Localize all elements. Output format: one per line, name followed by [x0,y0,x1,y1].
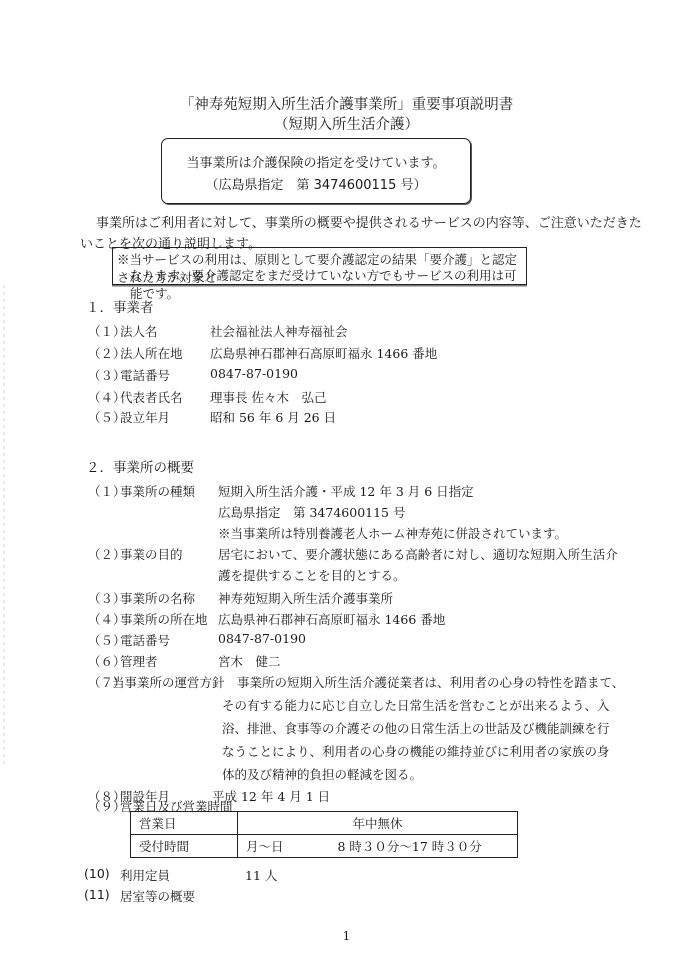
s2-item-11-num: (11) [84,887,110,902]
section-2-heading: ２．事業所の概要 [86,456,194,476]
hours-row-1-value: 年中無休 [238,812,518,835]
scan-artifact [3,285,5,765]
s2-item-7-line-1: 事業所の短期入所生活介護従業者は、利用者の心身の特性を踏まて、 [237,673,624,691]
s2-item-10-num: (10) [84,866,110,881]
s2-item-2-line-1: 居宅において、要介護状態にある高齢者に対し、適切な短期入所生活介 [218,545,618,563]
designation-line-2: （広島県指定 第 3474600115 号） [162,174,470,193]
hours-row-2-value: 8 時３０分～17 時３０分 [337,839,481,854]
hours-row-2-header: 受付時間 [131,835,238,858]
s2-item-2-line-2: 護を提供することを目的とする。 [218,566,406,584]
s2-item-4-label: 事業所の所在地 [120,610,208,628]
s1-item-3-value: 0847-87-0190 [210,366,298,381]
eligibility-note-box: ※当サービスの利用は、原則として要介護認定の結果「要介護」と認定された方が対象と… [112,247,527,285]
document-title: 「神寿苑短期入所生活介護事業所」重要事項説明書 [0,93,693,114]
business-hours-table: 営業日 年中無休 受付時間 月～日 8 時３０分～17 時３０分 [130,811,518,858]
hours-row-2-cell: 月～日 8 時３０分～17 時３０分 [238,835,518,858]
s1-item-1-label: 法人名 [120,322,158,340]
s2-item-7-label: 当事業所の運営方針 [112,673,225,691]
s2-item-7-line-4: なうことにより、利用者の心身の機能の維持並びに利用者の家族の身 [222,742,610,760]
s1-item-2-label: 法人所在地 [120,344,183,362]
s2-item-4-value: 広島県神石郡神石高原町福永 1466 番地 [218,610,445,628]
page-number: 1 [0,929,693,943]
s1-item-4-value: 理事長 佐々木 弘己 [210,388,326,406]
s2-item-7-line-2: その有する能力に応じ自立した日常生活を営むことが出来るよう、入 [222,696,610,714]
designation-box: 当事業所は介護保険の指定を受けています。 （広島県指定 第 3474600115… [161,138,471,204]
s1-item-4-label: 代表者氏名 [120,388,183,406]
s2-item-6-label: 管理者 [120,652,158,670]
s2-item-2-label: 事業の目的 [120,545,183,563]
s1-item-5-value: 昭和 56 年 6 月 26 日 [210,408,336,426]
s2-item-6-value: 宮木 健二 [218,652,281,670]
s2-item-1-line-1: 短期入所生活介護・平成 12 年 3 月 6 日指定 [218,482,474,500]
table-row: 営業日 年中無休 [131,812,518,835]
section-1-heading: １．事業者 [86,296,154,316]
s2-item-1-line-3: ※当事業所は特別養護老人ホーム神寿苑に併設されています。 [218,524,567,542]
s2-item-3-label: 事業所の名称 [120,589,195,607]
s1-item-3-label: 電話番号 [120,366,170,384]
document-subtitle: （短期入所生活介護） [0,113,693,134]
hours-row-2-days: 月～日 [246,839,284,854]
s2-item-5-value: 0847-87-0190 [218,631,306,646]
s2-item-1-label: 事業所の種類 [120,482,195,500]
s2-item-10-label: 利用定員 [120,866,170,884]
s2-item-5-label: 電話番号 [120,631,170,649]
s2-item-1-line-2: 広島県指定 第 3474600115 号 [218,503,405,521]
designation-line-1: 当事業所は介護保険の指定を受けています。 [162,152,470,171]
s2-item-3-value: 神寿苑短期入所生活介護事業所 [218,589,393,607]
table-row: 受付時間 月～日 8 時３０分～17 時３０分 [131,835,518,858]
s2-item-7-line-5: 体的及び精神的負担の軽減を図る。 [222,765,422,783]
s2-item-7-line-3: 浴、排泄、食事等の介護その他の日常生活上の世話及び機能訓練を行 [222,719,610,737]
s2-item-11-label: 居室等の概要 [120,887,195,905]
s2-item-10-value: 11 人 [245,866,277,884]
document-page: 「神寿苑短期入所生活介護事業所」重要事項説明書 （短期入所生活介護） 当事業所は… [0,0,693,980]
s1-item-5-label: 設立年月 [120,408,170,426]
intro-line-1: 事業所はご利用者に対して、事業所の概要や提供されるサービスの内容等、ご注意いただ… [96,212,642,231]
s1-item-1-value: 社会福祉法人神寿福祉会 [210,322,348,340]
s1-item-2-value: 広島県神石郡神石高原町福永 1466 番地 [210,344,437,362]
hours-row-1-header: 営業日 [131,812,238,835]
note-line-2: なります。要介護認定をまだ受けていない方でもサービスの利用は可能です。 [130,266,526,302]
